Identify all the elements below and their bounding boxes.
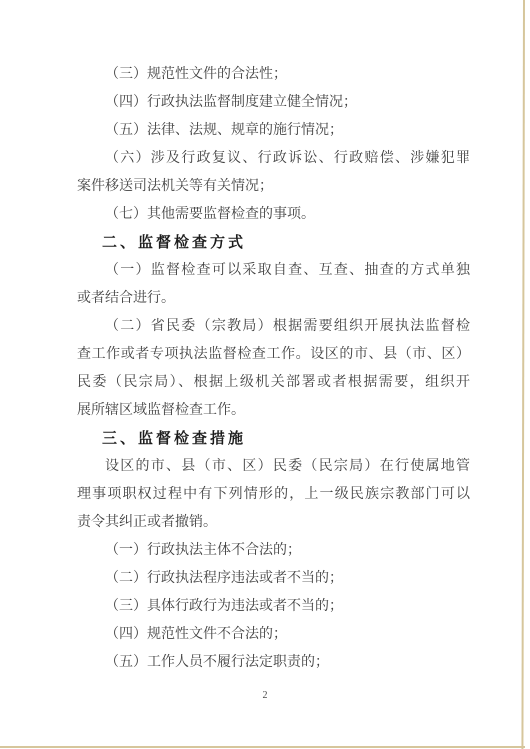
page-number: 2 [0,690,530,702]
document-line: 展所辖区域监督检查工作。 [77,397,470,425]
document-line: （一）行政执法主体不合法的； [77,537,470,565]
document-line: （二）行政执法程序违法或者不当的； [77,565,470,593]
document-line: 或者结合进行。 [77,285,470,313]
document-line: 案件移送司法机关等有关情况； [77,173,470,201]
section-heading: 三、监督检查措施 [77,425,470,453]
document-line: （二）省民委（宗教局）根据需要组织开展执法监督检 [77,313,470,341]
document-lines: （三）规范性文件的合法性；（四）行政执法监督制度建立健全情况；（五）法律、法规、… [77,61,470,677]
scan-edge-right [521,0,525,749]
document-line: 理事项职权过程中有下列情形的，上一级民族宗教部门可以 [77,481,470,509]
document-line: 民委（民宗局）、根据上级机关部署或者根据需要，组织开 [77,369,470,397]
scan-edge-bottom [0,746,525,748]
section-heading: 二、监督检查方式 [77,229,470,257]
document-line: （四）行政执法监督制度建立健全情况； [77,89,470,117]
document-line: （五）法律、法规、规章的施行情况； [77,117,470,145]
document-line: （四）规范性文件不合法的； [77,621,470,649]
document-line: （三）规范性文件的合法性； [77,61,470,89]
document-line: 设区的市、县（市、区）民委（民宗局）在行使属地管 [77,453,470,481]
document-line: （一）监督检查可以采取自查、互查、抽查的方式单独 [77,257,470,285]
document-page: （三）规范性文件的合法性；（四）行政执法监督制度建立健全情况；（五）法律、法规、… [0,0,530,749]
document-line: 查工作或者专项执法监督检查工作。设区的市、县（市、区） [77,341,470,369]
document-line: （七）其他需要监督检查的事项。 [77,201,470,229]
document-line: （六）涉及行政复议、行政诉讼、行政赔偿、涉嫌犯罪 [77,145,470,173]
document-line: 责令其纠正或者撤销。 [77,509,470,537]
document-line: （五）工作人员不履行法定职责的； [77,649,470,677]
document-line: （三）具体行政行为违法或者不当的； [77,593,470,621]
